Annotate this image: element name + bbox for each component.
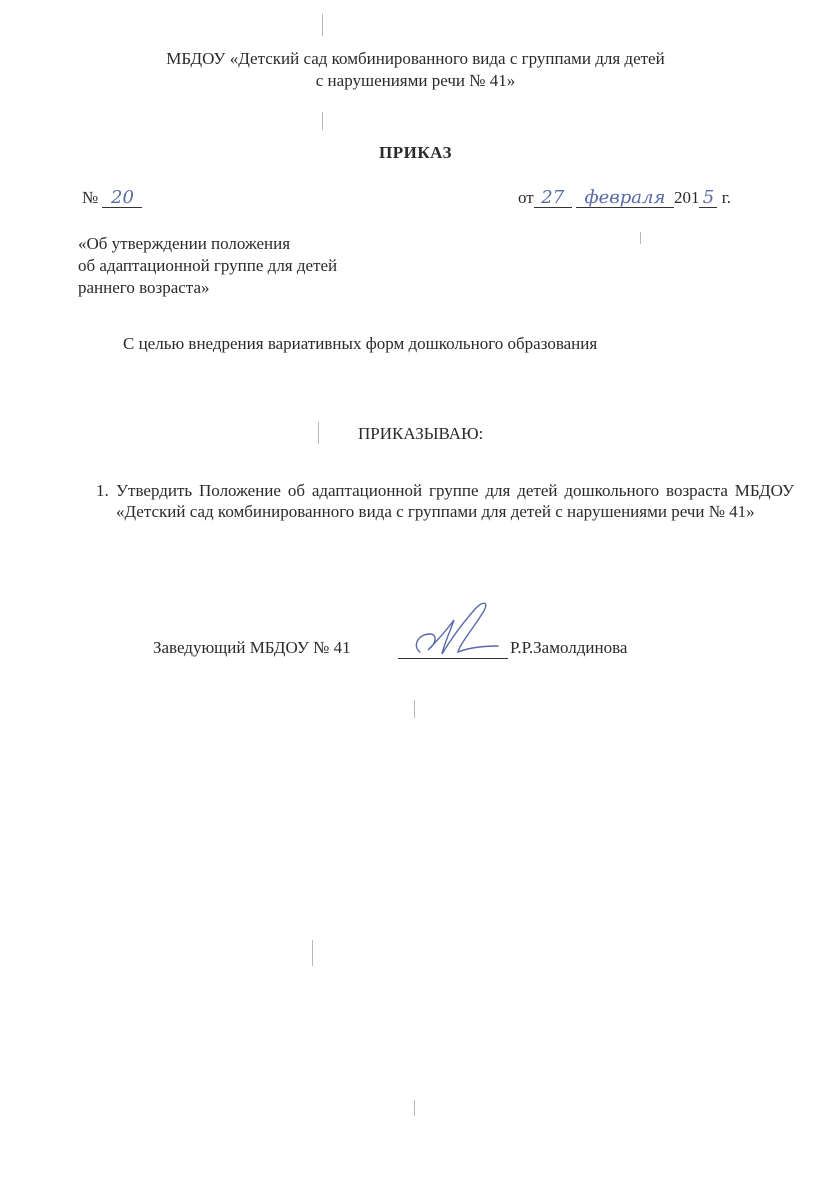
scan-artifact xyxy=(312,940,313,966)
organization-header-line1: МБДОУ «Детский сад комбинированного вида… xyxy=(0,48,831,70)
directive-heading: ПРИКАЗЫВАЮ: xyxy=(358,423,483,444)
document-title: ПРИКАЗ xyxy=(0,143,831,163)
order-number: № 20 xyxy=(82,187,142,208)
order-date: от27 февраля2015 г. xyxy=(518,187,731,208)
order-number-handwritten: 20 xyxy=(102,189,142,208)
signature-line xyxy=(398,598,508,659)
date-year-printed: 201 xyxy=(674,188,700,207)
subject-line2: об адаптационной группе для детей xyxy=(78,255,337,276)
purpose-statement: С целью внедрения вариативных форм дошко… xyxy=(123,333,597,354)
scan-artifact xyxy=(414,700,415,718)
signatory-name: Р.Р.Замолдинова xyxy=(510,637,627,658)
scan-artifact xyxy=(640,232,641,244)
scan-artifact xyxy=(322,112,323,130)
date-day-handwritten: 27 xyxy=(534,189,572,208)
scan-artifact xyxy=(414,1100,415,1116)
organization-header-line2: с нарушениями речи № 41» xyxy=(0,70,831,92)
scan-artifact xyxy=(318,422,319,444)
date-year-handwritten: 5 xyxy=(699,189,717,208)
scan-artifact xyxy=(322,14,323,36)
handwritten-signature-icon xyxy=(398,598,508,658)
subject-line1: «Об утверждении положения xyxy=(78,233,290,254)
date-prefix: от xyxy=(518,188,534,207)
order-item-text: Утвердить Положение об адаптационной гру… xyxy=(116,480,794,522)
date-year-suffix: г. xyxy=(722,188,731,207)
order-item-number: 1. xyxy=(96,480,109,501)
subject-line3: раннего возраста» xyxy=(78,277,209,298)
order-number-prefix: № xyxy=(82,188,98,207)
signatory-position: Заведующий МБДОУ № 41 xyxy=(153,637,351,658)
order-item: 1. Утвердить Положение об адаптационной … xyxy=(96,480,796,522)
date-month-handwritten: февраля xyxy=(576,189,674,208)
